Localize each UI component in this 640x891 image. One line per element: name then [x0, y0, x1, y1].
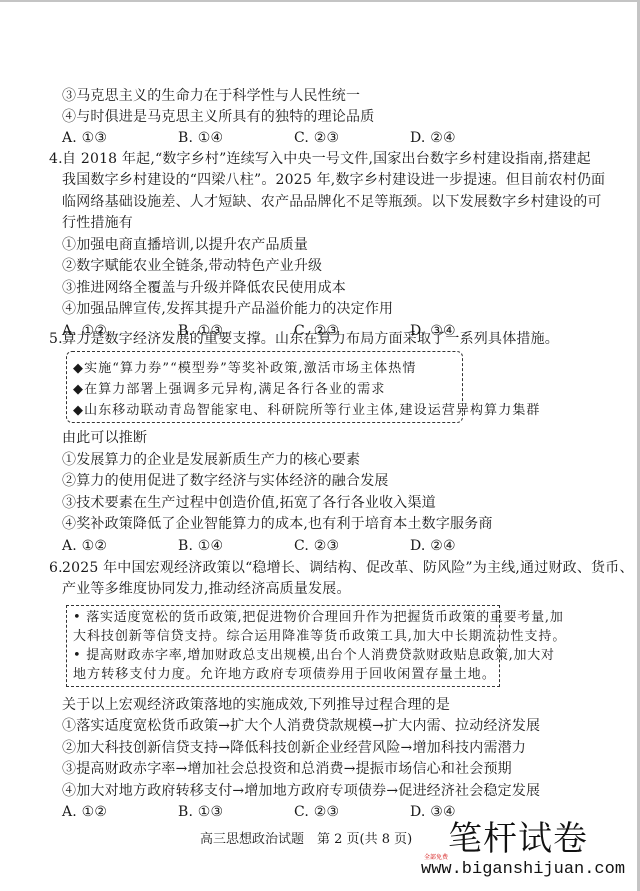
q5-number: 5. — [49, 330, 63, 348]
q6-box-line-3: • 提高财政赤字率,增加财政总支出规模,出台个人消费贷款财政贴息政策,加大对 — [73, 647, 555, 665]
q3-option-b: B. ①④ — [178, 129, 223, 147]
q6-item-2: ②加大科技创新信贷支持→降低科技创新企业经营风险→增加科技内需潜力 — [62, 739, 526, 757]
q4-stem-line-2: 我国数字乡村建设的“四梁八柱”。2025 年,数字乡村建设进一步提速。但目前农村… — [62, 171, 605, 189]
q6-number: 6. — [49, 559, 63, 577]
q4-item-1: ①加强电商直播培训,以提升农产品质量 — [62, 236, 308, 254]
q6-material-box: • 落实适度宽松的货币政策,把促进物价合理回升作为把握货币政策的重要考量,加 大… — [66, 605, 500, 687]
q5-box-item-3: ◆山东移动联动青岛智能家电、科研院所等行业主体,建设运营异构算力集群 — [73, 402, 541, 420]
q3-option-c: C. ②③ — [294, 129, 339, 147]
q3-option-a: A. ①③ — [62, 129, 107, 147]
q5-stem: 算力是数字经济发展的重要支撑。山东在算力布局方面采取了一系列具体措施。 — [62, 330, 559, 348]
q6-box-line-1: • 落实适度宽松的货币政策,把促进物价合理回升作为把握货币政策的重要考量,加 — [73, 609, 564, 627]
q4-item-3: ③推进网络全覆盖与升级并降低农民使用成本 — [62, 279, 346, 297]
q6-stem-line-2: 产业等多维度协同发力,推动经济高质量发展。 — [62, 580, 351, 598]
q6-option-a: A. ①② — [62, 803, 107, 821]
q5-option-d: D. ②④ — [410, 537, 456, 555]
watermark-url[interactable]: www.biganshijuan.com — [421, 860, 625, 880]
page-footer: 高三思想政治试题 第 2 页(共 8 页) — [200, 828, 412, 847]
q6-item-3: ③提高财政赤字率→增加社会总投资和总消费→提振市场信心和社会预期 — [62, 760, 512, 778]
q5-material-box: ◆实施“算力券”“模型券”等奖补政策,激活市场主体热情 ◆在算力部署上强调多元异… — [66, 351, 463, 423]
q6-box-line-4: 地方转移支付力度。允许地方政府专项债券用于回收闲置存量土地。 — [73, 666, 496, 684]
q5-option-a: A. ①② — [62, 537, 107, 555]
q4-item-2: ②数字赋能农业全链条,带动特色产业升级 — [62, 257, 322, 275]
q4-stem-line-4: 行性措施有 — [62, 214, 133, 232]
q4-item-4: ④加强品牌宣传,发挥其提升产品溢价能力的决定作用 — [62, 300, 393, 318]
q5-item-2: ②算力的使用促进了数字经济与实体经济的融合发展 — [62, 472, 389, 490]
q5-item-4: ④奖补政策降低了企业智能算力的成本,也有利于培育本土数字服务商 — [62, 515, 493, 533]
q6-option-c: C. ②③ — [294, 803, 339, 821]
q3-option-d: D. ②④ — [410, 129, 456, 147]
page-top-edge — [0, 0, 640, 2]
q6-option-b: B. ①③ — [178, 803, 223, 821]
q6-stem-line-1: 2025 年中国宏观经济政策以“稳增长、调结构、促改革、防风险”为主线,通过财政… — [62, 559, 634, 577]
watermark-title: 笔杆试卷 — [448, 820, 588, 858]
q3-item-4: ④与时俱进是马克思主义所具有的独特的理论品质 — [62, 108, 374, 126]
q4-number: 4. — [49, 150, 63, 168]
q6-item-4: ④加大对地方政府转移支付→增加地方政府专项债券→促进经济社会稳定发展 — [62, 782, 540, 800]
q5-box-item-2: ◆在算力部署上强调多元异构,满足各行各业的需求 — [73, 381, 385, 399]
q5-option-c: C. ②③ — [294, 537, 339, 555]
q6-box-line-2: 大科技创新等信贷支持。综合运用降准等货币政策工具,加大中长期流动性支持。 — [73, 628, 566, 646]
q5-item-3: ③技术要素在生产过程中创造价值,拓宽了各行各业收入渠道 — [62, 494, 436, 512]
q5-box-item-1: ◆实施“算力券”“模型券”等奖补政策,激活市场主体热情 — [73, 360, 416, 378]
q6-lead: 关于以上宏观经济政策落地的实施成效,下列推导过程合理的是 — [62, 696, 450, 714]
q6-item-1: ①落实适度宽松货币政策→扩大个人消费贷款规模→扩大内需、拉动经济发展 — [62, 717, 540, 735]
q5-options: A. ①② B. ①④ C. ②③ D. ②④ — [62, 537, 562, 555]
q5-option-b: B. ①④ — [178, 537, 223, 555]
q5-lead: 由此可以推断 — [62, 429, 147, 447]
q4-stem-line-3: 临网络基础设施差、人才短缺、农产品品牌化不足等瓶颈。以下发展数字乡村建设的可 — [62, 193, 602, 211]
q3-options: A. ①③ B. ①④ C. ②③ D. ②④ — [62, 129, 562, 147]
q5-item-1: ①发展算力的企业是发展新质生产力的核心要素 — [62, 451, 360, 469]
q4-stem-line-1: 自 2018 年起,“数字乡村”连续写入中央一号文件,国家出台数字乡村建设指南,… — [62, 150, 591, 168]
q3-item-3: ③马克思主义的生命力在于科学性与人民性统一 — [62, 87, 360, 105]
